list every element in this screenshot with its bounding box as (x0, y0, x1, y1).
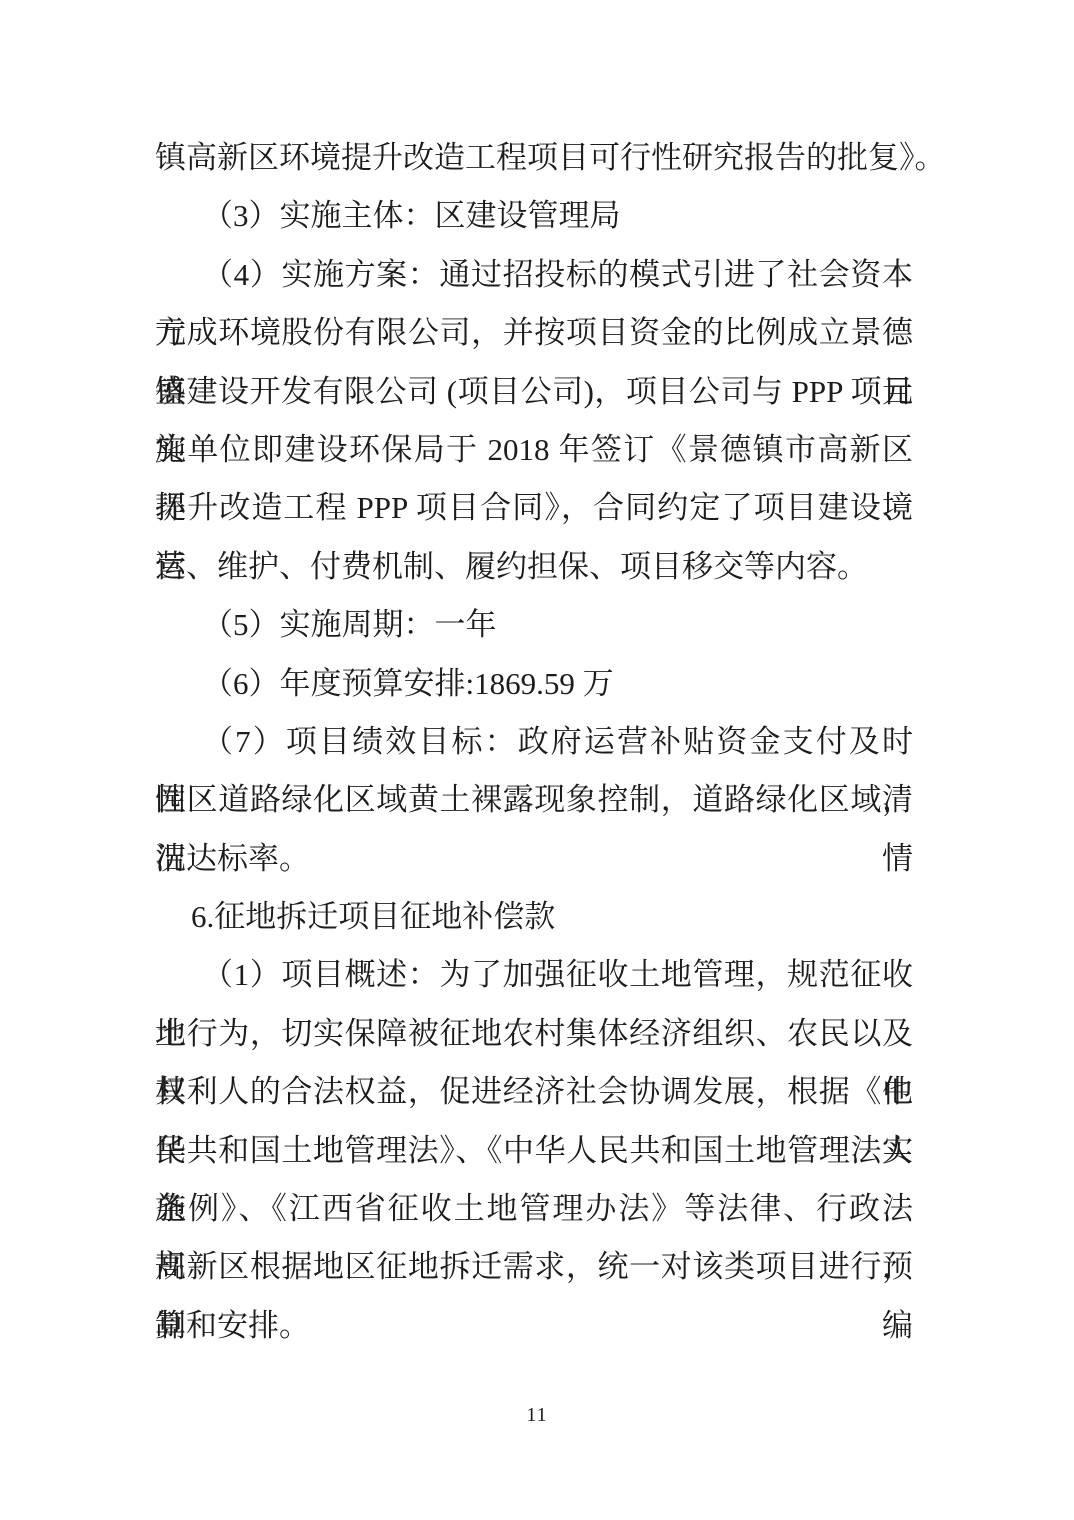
text-line: 营、维护、付费机制、履约担保、项目移交等内容。 (155, 538, 913, 596)
text-line: （1）项目概述：为了加强征收土地管理，规范征收土 (155, 946, 913, 1004)
text-line: 元成环境股份有限公司，并按项目资金的比例成立景德镇元 (155, 304, 913, 362)
text-line: （7）项目绩效目标：政府运营补贴资金支付及时性， (155, 713, 913, 771)
text-line: 民共和国土地管理法》、《中华人民共和国土地管理法实施 (155, 1122, 913, 1180)
text-line: （3）实施主体：区建设管理局 (155, 187, 913, 245)
text-line: （5）实施周期：一年 (155, 596, 913, 654)
text-line: 权利人的合法权益，促进经济社会协调发展，根据《中华人 (155, 1063, 913, 1121)
document-body: 镇高新区环境提升改造工程项目可行性研究报告的批复》。（3）实施主体：区建设管理局… (155, 129, 913, 1355)
text-line: 6.征地拆迁项目征地补偿款 (155, 888, 913, 946)
text-line: 条例》、《江西省征收土地管理办法》等法律、行政法规， (155, 1180, 913, 1238)
document-page: 镇高新区环境提升改造工程项目可行性研究报告的批复》。（3）实施主体：区建设管理局… (0, 0, 1074, 1520)
page-number: 11 (0, 1404, 1074, 1427)
text-line: 高新区根据地区征地拆迁需求，统一对该类项目进行预算编 (155, 1238, 913, 1296)
text-line: 施单位即建设环保局于 2018 年签订《景德镇市高新区环境 (155, 421, 913, 479)
text-line: （6）年度预算安排:1869.59 万 (155, 655, 913, 713)
text-line: 提升改造工程 PPP 项目合同》，合同约定了项目建设、运 (155, 479, 913, 537)
text-line: 地行为，切实保障被征地农村集体经济组织、农民以及其他 (155, 1005, 913, 1063)
text-line: 园区道路绿化区域黄土裸露现象控制，道路绿化区域清洁情 (155, 771, 913, 829)
text-line: 镇高新区环境提升改造工程项目可行性研究报告的批复》。 (155, 129, 913, 187)
text-line: 盛建设开发有限公司 (项目公司)，项目公司与 PPP 项目实 (155, 363, 913, 421)
text-line: （4）实施方案：通过招投标的模式引进了社会资本方 (155, 246, 913, 304)
